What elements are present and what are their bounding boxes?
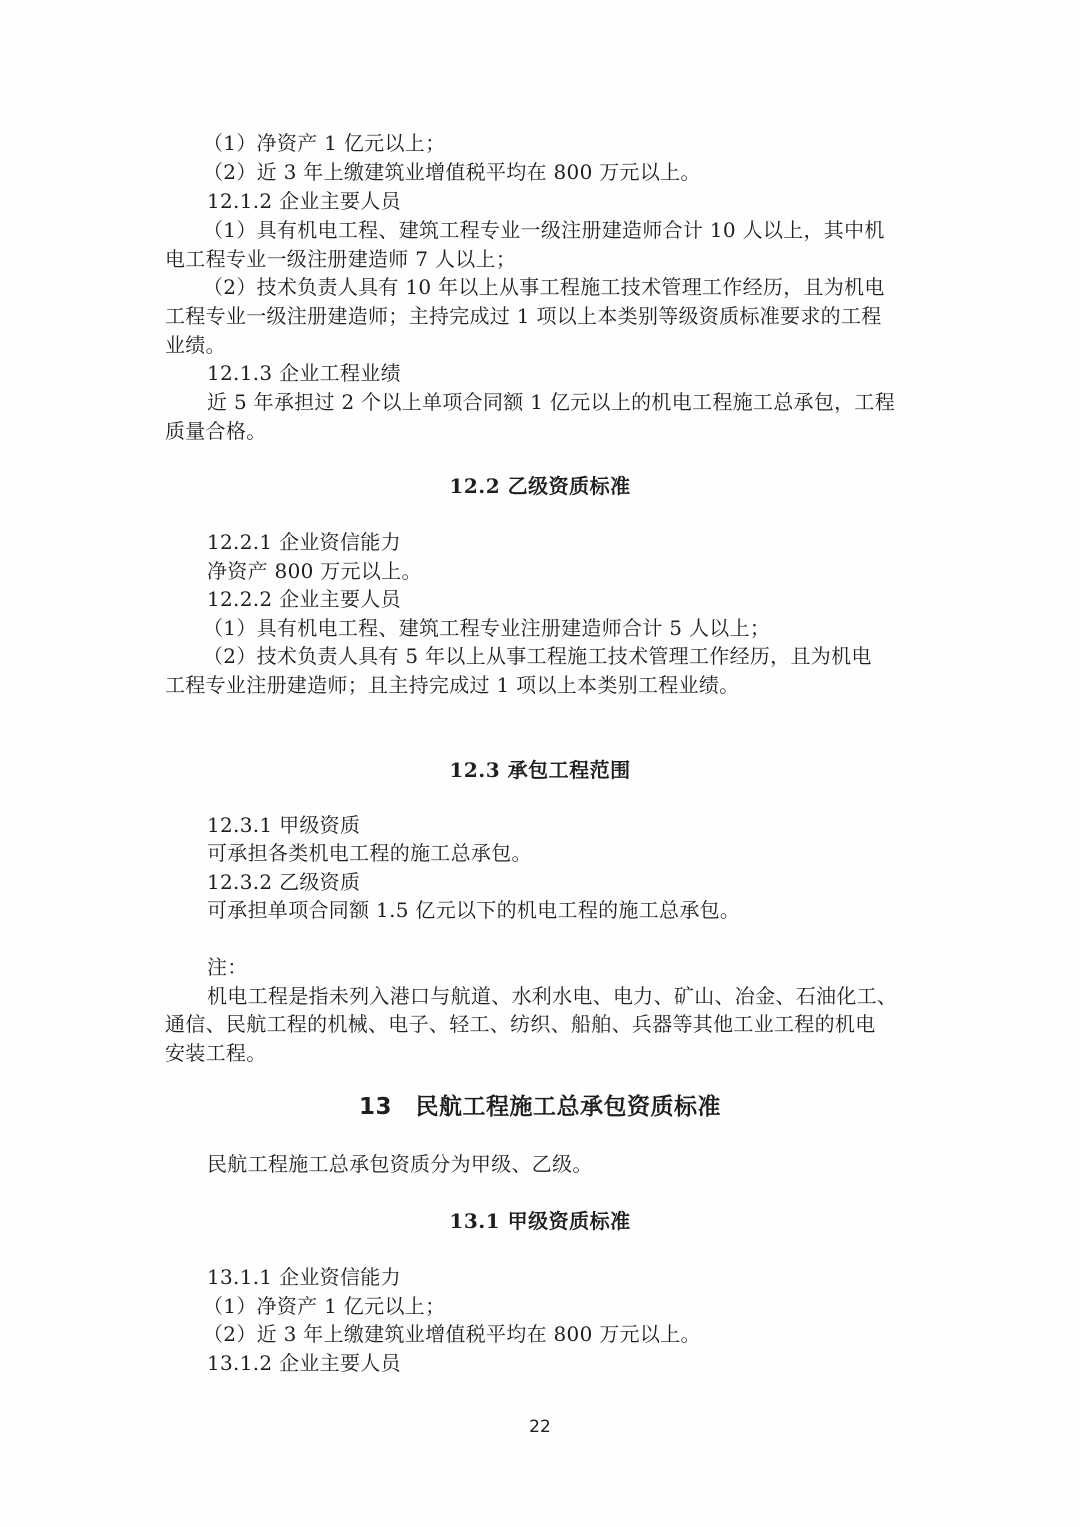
paragraph-line: 民航工程施工总承包资质分为甲级、乙级。 xyxy=(207,1150,593,1178)
subsection-heading-12-3-2: 12.3.2 乙级资质 xyxy=(207,868,360,896)
page-number: 22 xyxy=(0,1415,1080,1439)
subsection-heading-12-1-2: 12.1.2 企业主要人员 xyxy=(207,187,401,215)
paragraph-line: 业绩。 xyxy=(165,331,226,359)
section-heading-12-2: 12.2 乙级资质标准 xyxy=(0,472,1080,500)
note-line: 安装工程。 xyxy=(165,1039,267,1067)
section-heading-12-3: 12.3 承包工程范围 xyxy=(0,756,1080,784)
subsection-heading-12-2-1: 12.2.1 企业资信能力 xyxy=(207,528,401,556)
note-label: 注： xyxy=(207,953,248,981)
document-page: （1）净资产 1 亿元以上； （2）近 3 年上缴建筑业增值税平均在 800 万… xyxy=(0,0,1080,1527)
paragraph-line: （2）技术负责人具有 10 年以上从事工程施工技术管理工作经历，且为机电 xyxy=(203,273,885,301)
subsection-heading-13-1-2: 13.1.2 企业主要人员 xyxy=(207,1349,401,1377)
paragraph-line: （2）近 3 年上缴建筑业增值税平均在 800 万元以上。 xyxy=(203,158,701,186)
subsection-heading-13-1-1: 13.1.1 企业资信能力 xyxy=(207,1263,401,1291)
paragraph-line: 电工程专业一级注册建造师 7 人以上； xyxy=(165,245,516,273)
paragraph-line: （1）具有机电工程、建筑工程专业注册建造师合计 5 人以上； xyxy=(203,614,770,642)
paragraph-line: 工程专业注册建造师；且主持完成过 1 项以上本类别工程业绩。 xyxy=(165,671,739,699)
subsection-heading-12-1-3: 12.1.3 企业工程业绩 xyxy=(207,359,401,387)
paragraph-line: （1）净资产 1 亿元以上； xyxy=(203,1292,445,1320)
paragraph-line: 可承担各类机电工程的施工总承包。 xyxy=(207,839,532,867)
paragraph-line: 近 5 年承担过 2 个以上单项合同额 1 亿元以上的机电工程施工总承包，工程 xyxy=(207,388,895,416)
paragraph-line: （1）具有机电工程、建筑工程专业一级注册建造师合计 10 人以上，其中机 xyxy=(203,216,885,244)
paragraph-line: （1）净资产 1 亿元以上； xyxy=(203,129,445,157)
section-heading-13-1: 13.1 甲级资质标准 xyxy=(0,1207,1080,1235)
paragraph-line: 净资产 800 万元以上。 xyxy=(207,557,422,585)
note-line: 机电工程是指未列入港口与航道、水利水电、电力、矿山、冶金、石油化工、 xyxy=(207,982,897,1010)
chapter-heading-13: 13 民航工程施工总承包资质标准 xyxy=(0,1091,1080,1123)
subsection-heading-12-2-2: 12.2.2 企业主要人员 xyxy=(207,585,401,613)
paragraph-line: （2）近 3 年上缴建筑业增值税平均在 800 万元以上。 xyxy=(203,1320,701,1348)
paragraph-line: 质量合格。 xyxy=(165,417,267,445)
paragraph-line: （2）技术负责人具有 5 年以上从事工程施工技术管理工作经历，且为机电 xyxy=(203,642,872,670)
paragraph-line: 可承担单项合同额 1.5 亿元以下的机电工程的施工总承包。 xyxy=(207,896,740,924)
subsection-heading-12-3-1: 12.3.1 甲级资质 xyxy=(207,811,360,839)
paragraph-line: 工程专业一级注册建造师；主持完成过 1 项以上本类别等级资质标准要求的工程 xyxy=(165,302,882,330)
note-line: 通信、民航工程的机械、电子、轻工、纺织、船舶、兵器等其他工业工程的机电 xyxy=(165,1010,876,1038)
